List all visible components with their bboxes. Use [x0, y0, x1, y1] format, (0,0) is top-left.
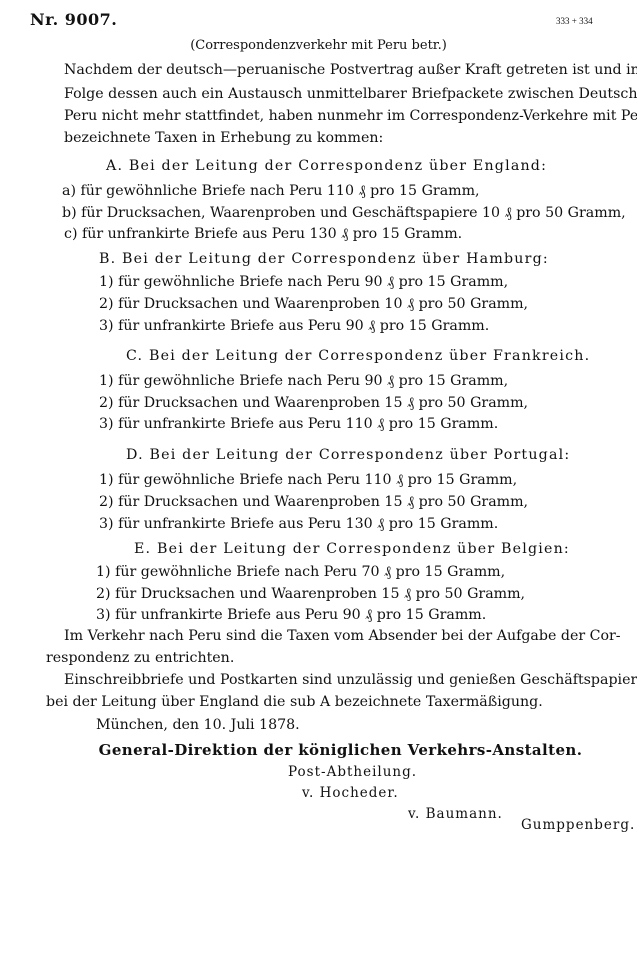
section-e-heading: E. Bei der Leitung der Correspondenz übe…: [134, 541, 570, 557]
section-c-item-1: 1) für gewöhnliche Briefe nach Peru 90 ₰…: [99, 373, 508, 390]
closing-line-1: Im Verkehr nach Peru sind die Taxen vom …: [64, 628, 621, 644]
document-number: Nr. 9007.: [30, 10, 117, 29]
closing-line-2: respondenz zu entrichten.: [46, 650, 234, 666]
place-date: München, den 10. Juli 1878.: [96, 717, 300, 733]
issuing-authority: General-Direktion der königlichen Verkeh…: [22, 741, 637, 759]
signer-baumann: v. Baumann.: [408, 806, 503, 822]
section-b-heading: B. Bei der Leitung der Correspondenz übe…: [99, 251, 549, 267]
section-d-item-2: 2) für Drucksachen und Waarenproben 15 ₰…: [99, 494, 528, 511]
closing-line-3: Einschreibbriefe und Postkarten sind unz…: [64, 672, 637, 688]
section-d-item-3: 3) für unfrankirte Briefe aus Peru 130 ₰…: [99, 516, 498, 533]
document-subtitle: (Correspondenzverkehr mit Peru betr.): [0, 38, 637, 53]
department: Post-Abtheilung.: [288, 764, 417, 780]
section-d-item-1: 1) für gewöhnliche Briefe nach Peru 110 …: [99, 472, 517, 489]
intro-line-1: Nachdem der deutsch—peruanische Postvert…: [64, 62, 637, 78]
signer-gumppenberg: Gumppenberg.: [521, 817, 635, 833]
section-d-heading: D. Bei der Leitung der Correspondenz übe…: [126, 447, 570, 463]
section-b-item-3: 3) für unfrankirte Briefe aus Peru 90 ₰ …: [99, 318, 489, 335]
page-numbers: 333 + 334: [556, 16, 593, 26]
section-e-item-1: 1) für gewöhnliche Briefe nach Peru 70 ₰…: [96, 564, 505, 581]
intro-line-4: bezeichnete Taxen in Erhebung zu kommen:: [64, 130, 383, 146]
intro-line-3: Peru nicht mehr stattfindet, haben nunme…: [64, 108, 637, 124]
intro-line-2: Folge dessen auch ein Austausch unmittel…: [64, 86, 637, 102]
section-b-item-2: 2) für Drucksachen und Waarenproben 10 ₰…: [99, 296, 528, 313]
section-c-item-3: 3) für unfrankirte Briefe aus Peru 110 ₰…: [99, 416, 498, 433]
section-e-item-3: 3) für unfrankirte Briefe aus Peru 90 ₰ …: [96, 607, 486, 624]
section-c-item-2: 2) für Drucksachen und Waarenproben 15 ₰…: [99, 395, 528, 412]
section-a-item-b: b) für Drucksachen, Waarenproben und Ges…: [62, 205, 626, 222]
section-a-item-c: c) für unfrankirte Briefe aus Peru 130 ₰…: [64, 226, 462, 243]
signer-hocheder: v. Hocheder.: [302, 785, 399, 801]
section-a-heading: A. Bei der Leitung der Correspondenz übe…: [106, 158, 547, 174]
section-a-item-a: a) für gewöhnliche Briefe nach Peru 110 …: [62, 183, 480, 200]
section-e-item-2: 2) für Drucksachen und Waarenproben 15 ₰…: [96, 586, 525, 603]
section-c-heading: C. Bei der Leitung der Correspondenz übe…: [126, 348, 590, 364]
section-b-item-1: 1) für gewöhnliche Briefe nach Peru 90 ₰…: [99, 274, 508, 291]
closing-line-4: bei der Leitung über England die sub A b…: [46, 694, 543, 710]
